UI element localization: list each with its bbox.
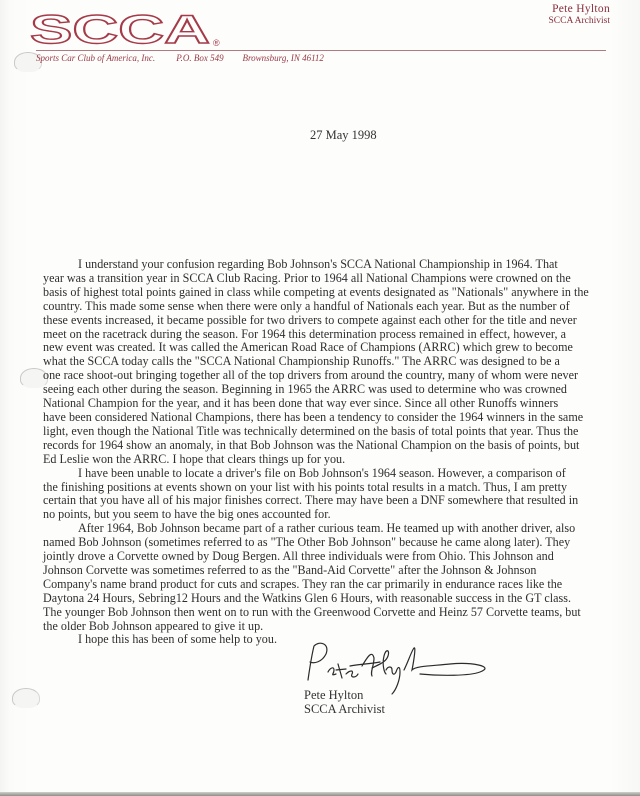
text-line: have been considered National Champions,…	[43, 411, 623, 425]
sender-name: Pete Hylton	[552, 3, 610, 15]
text-line: country. This made some sense when there…	[43, 300, 623, 314]
text-line: new event was created. It was called the…	[43, 341, 623, 355]
paragraph: After 1964, Bob Johnson became part of a…	[43, 522, 623, 633]
text-line: meet on the racetrack during the season.…	[43, 328, 623, 342]
paragraph: I have been unable to locate a driver's …	[43, 467, 623, 523]
text-line: Johnson Corvette was sometimes referred …	[43, 564, 623, 578]
text-line: jointly drove a Corvette owned by Doug B…	[43, 550, 623, 564]
text-line: Daytona 24 Hours, Sebring12 Hours and th…	[43, 592, 623, 606]
text-line: light, even though the National Title wa…	[43, 425, 623, 439]
signatory-name: Pete Hylton	[304, 688, 363, 703]
city-state-zip: Brownsburg, IN 46112	[243, 53, 324, 63]
text-line: the older Bob Johnson appeared to give i…	[43, 620, 623, 634]
sender-title: SCCA Archivist	[549, 16, 611, 26]
text-line: the finishing positions at events shown …	[43, 481, 623, 495]
text-line: one race shoot-out bringing together all…	[43, 369, 623, 383]
signatory-title: SCCA Archivist	[304, 702, 385, 717]
text-line: Ed Leslie won the ARRC. I hope that clea…	[43, 453, 623, 467]
org-name: Sports Car Club of America, Inc.	[36, 53, 174, 63]
text-line: year was a transition year in SCCA Club …	[43, 272, 623, 286]
text-line: records for 1964 show an anomaly, in tha…	[43, 439, 623, 453]
text-line: certain that you have all of his major f…	[43, 494, 623, 508]
text-line: no points, but you seem to have the big …	[43, 508, 623, 522]
text-line: The younger Bob Johnson then went on to …	[43, 606, 623, 620]
paragraph: I understand your confusion regarding Bo…	[43, 258, 623, 467]
text-line: seeing each other during the season. Beg…	[43, 383, 623, 397]
text-line: named Bob Johnson (sometimes referred to…	[43, 536, 623, 550]
letterhead-address: Sports Car Club of America, Inc. P.O. Bo…	[36, 53, 324, 63]
po-box: P.O. Box 549	[176, 53, 240, 63]
punch-hole	[12, 688, 40, 708]
page-bottom-edge	[0, 792, 640, 796]
text-line: these events increased, it became possib…	[43, 314, 623, 328]
letter-date: 27 May 1998	[310, 128, 377, 143]
scca-logo: SCCA ®	[28, 12, 238, 48]
text-line: basis of highest total points gained in …	[43, 286, 623, 300]
logo-text: SCCA	[30, 12, 210, 48]
text-line: I have been unable to locate a driver's …	[43, 467, 623, 481]
text-line: Company's name brand product for cuts an…	[43, 578, 623, 592]
text-line: I understand your confusion regarding Bo…	[43, 258, 623, 272]
text-line: After 1964, Bob Johnson became part of a…	[43, 522, 623, 536]
letter-body: I understand your confusion regarding Bo…	[43, 258, 623, 647]
text-line: National Champion for the year, and it h…	[43, 397, 623, 411]
registered-mark: ®	[213, 38, 220, 48]
letterhead-rule	[36, 50, 606, 51]
text-line: what the SCCA today calls the "SCCA Nati…	[43, 355, 623, 369]
